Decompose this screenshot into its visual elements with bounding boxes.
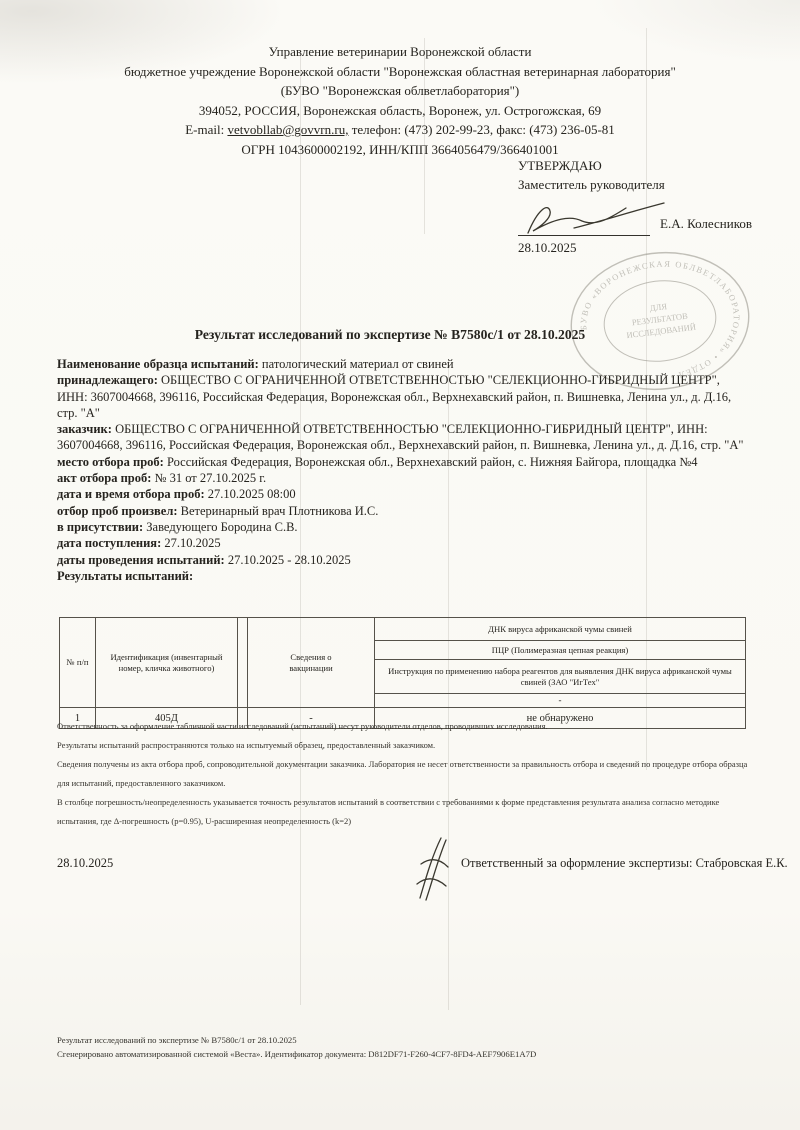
field-value: Ветеринарный врач Плотникова И.С. — [181, 504, 379, 518]
footnote: Результаты испытаний распространяются то… — [57, 736, 750, 755]
test-instruction-header: Инструкция по применению набора реагенто… — [375, 660, 746, 694]
footnote: Сведения получены из акта отбора проб, с… — [57, 755, 750, 793]
field-value: Российская Федерация, Воронежская обл., … — [167, 455, 698, 469]
field-row: дата поступления: 27.10.2025 — [57, 535, 748, 551]
approval-title: УТВЕРЖДАЮ — [518, 156, 778, 175]
footnote: В столбце погрешность/неопределенность у… — [57, 793, 750, 831]
field-row: заказчик: ОБЩЕСТВО С ОГРАНИЧЕННОЙ ОТВЕТС… — [57, 421, 748, 454]
scanned-lab-report-page: Управление ветеринарии Воронежской облас… — [0, 0, 800, 1130]
document-footer: Результат исследований по экспертизе № В… — [57, 1034, 757, 1061]
org-parent-line: Управление ветеринарии Воронежской облас… — [64, 42, 736, 62]
org-name-line: бюджетное учреждение Воронежской области… — [64, 62, 736, 82]
field-row: Наименование образца испытаний: патологи… — [57, 356, 748, 372]
field-row: даты проведения испытаний: 27.10.2025 - … — [57, 552, 748, 568]
signing-date: 28.10.2025 — [57, 856, 113, 871]
field-label: Наименование образца испытаний: — [57, 357, 259, 371]
org-short-name-line: (БУВО "Воронежская облветлаборатория") — [64, 81, 736, 101]
footnote: Ответственность за оформление табличной … — [57, 717, 750, 736]
field-value: 27.10.2025 08:00 — [208, 487, 296, 501]
field-row: в присутствии: Заведующего Бородина С.В. — [57, 519, 748, 535]
field-label: заказчик: — [57, 422, 112, 436]
field-label: акт отбора проб: — [57, 471, 151, 485]
field-row: место отбора проб: Российская Федерация,… — [57, 454, 748, 470]
field-row: принадлежащего: ОБЩЕСТВО С ОГРАНИЧЕННОЙ … — [57, 372, 748, 421]
signature-scrawl-icon — [518, 195, 668, 241]
results-table: № п/п Идентификация (инвентарный номер, … — [59, 617, 746, 729]
org-address-line: 394052, РОССИЯ, Воронежская область, Вор… — [64, 101, 736, 121]
executor-signature — [409, 832, 457, 908]
field-label: дата и время отбора проб: — [57, 487, 205, 501]
field-row: отбор проб произвел: Ветеринарный врач П… — [57, 503, 748, 519]
responsible-person-line: Ответственный за оформление экспертизы: … — [461, 856, 788, 871]
footer-generated-line: Сгенерировано автоматизированной системо… — [57, 1048, 757, 1062]
col-header-identification: Идентификация (инвентарный номер, кличка… — [96, 618, 238, 708]
test-name-header: ДНК вируса африканской чумы свиней — [375, 618, 746, 641]
field-value: 27.10.2025 — [164, 536, 220, 550]
footnotes-section: Ответственность за оформление табличной … — [57, 717, 750, 831]
test-units-cell: - — [375, 694, 746, 708]
letterhead: Управление ветеринарии Воронежской облас… — [64, 42, 736, 159]
document-title: Результат исследований по экспертизе № В… — [10, 327, 770, 343]
email-link[interactable]: vetvobllab@govvrn.ru, — [227, 122, 348, 137]
field-label: дата поступления: — [57, 536, 161, 550]
col-header-vaccination: Сведения о вакцинации — [248, 618, 375, 708]
col-header-number: № п/п — [60, 618, 96, 708]
footer-expertise-line: Результат исследований по экспертизе № В… — [57, 1034, 757, 1048]
field-value: Заведующего Бородина С.В. — [146, 520, 297, 534]
field-label: отбор проб произвел: — [57, 504, 178, 518]
field-value: патологический материал от свиней — [262, 357, 454, 371]
stamp-center-line: ДЛЯ — [649, 301, 668, 313]
test-method-header: ПЦР (Полимеразная цепная реакция) — [375, 641, 746, 660]
sample-info-section: Наименование образца испытаний: патологи… — [57, 356, 748, 584]
field-value: ОБЩЕСТВО С ОГРАНИЧЕННОЙ ОТВЕТСТВЕННОСТЬЮ… — [57, 373, 731, 420]
approver-name: Е.А. Колесников — [660, 214, 752, 236]
email-label: E-mail: — [185, 122, 224, 137]
field-label: принадлежащего: — [57, 373, 158, 387]
field-label: даты проведения испытаний: — [57, 553, 225, 567]
field-label: Результаты испытаний: — [57, 569, 193, 583]
signature-scrawl-icon — [409, 832, 457, 904]
signing-section: 28.10.2025 Ответственный за оформление э… — [57, 848, 763, 918]
field-label: место отбора проб: — [57, 455, 164, 469]
field-row: акт отбора проб: № 31 от 27.10.2025 г. — [57, 470, 748, 486]
org-contacts-line: E-mail: vetvobllab@govvrn.ru, телефон: (… — [64, 120, 736, 140]
approver-signature — [518, 195, 650, 236]
field-value: № 31 от 27.10.2025 г. — [155, 471, 267, 485]
field-value: ОБЩЕСТВО С ОГРАНИЧЕННОЙ ОТВЕТСТВЕННОСТЬЮ… — [57, 422, 743, 452]
field-row: дата и время отбора проб: 27.10.2025 08:… — [57, 486, 748, 502]
field-value: 27.10.2025 - 28.10.2025 — [228, 553, 351, 567]
field-row: Результаты испытаний: — [57, 568, 748, 584]
field-label: в присутствии: — [57, 520, 143, 534]
col-spacer — [238, 618, 248, 708]
phone-fax-text: телефон: (473) 202-99-23, факс: (473) 23… — [352, 122, 615, 137]
approver-position: Заместитель руководителя — [518, 175, 778, 194]
